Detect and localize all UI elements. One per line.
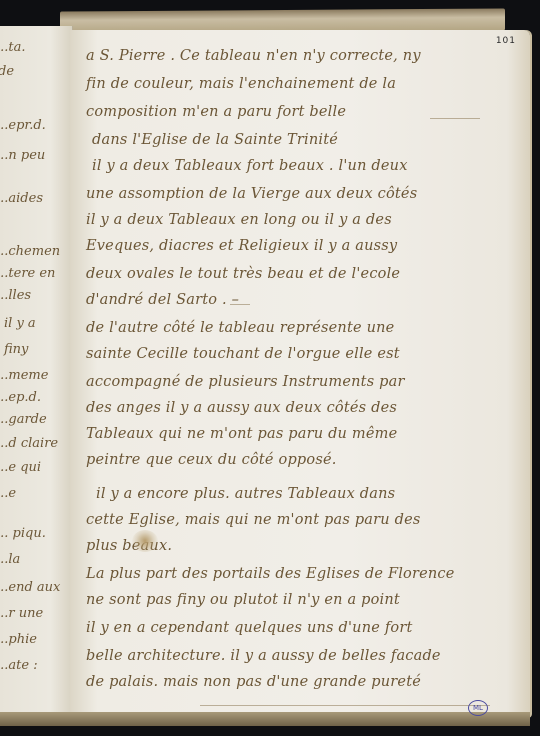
text-line: ne sont pas finy ou plutot il n'y en a p…: [86, 592, 400, 608]
left-fragment: ...la: [0, 552, 20, 567]
page-stack-bottom-edge: [0, 712, 530, 726]
left-fragment: ...ta.: [0, 40, 26, 55]
left-fragment: ...garde: [0, 412, 47, 427]
left-fragment: ...ate :: [0, 658, 38, 673]
left-fragment: ...e qui: [0, 460, 41, 475]
text-line: il y a encore plus. autres Tableaux dans: [96, 486, 395, 502]
folio-number: 101: [496, 36, 516, 46]
text-line: il y a deux Tableaux en long ou il y a d…: [86, 212, 392, 228]
left-fragment: finy: [4, 342, 28, 357]
text-line: cette Eglise, mais qui ne m'ont pas paru…: [86, 512, 421, 528]
text-line: deux ovales le tout très beau et de l'ec…: [86, 266, 400, 282]
left-fragment: ...meme: [0, 368, 48, 383]
left-fragment: ... piqu.: [0, 526, 46, 541]
text-line: plus beaux.: [86, 538, 172, 554]
left-fragment: ...e: [0, 486, 16, 501]
text-line: une assomption de la Vierge aux deux côt…: [86, 186, 417, 202]
ink-rule: [200, 705, 490, 706]
text-line: dans l'Eglise de la Sainte Trinité: [92, 132, 338, 148]
left-fragment: ...tere en: [0, 266, 55, 281]
text-line: composition m'en a paru fort belle: [86, 104, 346, 120]
left-fragment: ...phie: [0, 632, 37, 647]
left-fragment: ...aides: [0, 191, 43, 206]
manuscript-photo: ...ta. de ...epr.d. ...n peu ...aides ..…: [0, 0, 540, 736]
left-fragment: ...chemen: [0, 244, 60, 259]
text-line: sainte Cecille touchant de l'orgue elle …: [86, 346, 400, 362]
left-fragment: ...ep.d.: [0, 390, 41, 405]
text-line: a S. Pierre . Ce tableau n'en n'y correc…: [86, 48, 421, 64]
library-stamp: ML: [468, 700, 488, 716]
text-line: d'andré del Sarto . –: [86, 292, 239, 308]
text-line: fin de couleur, mais l'enchainement de l…: [86, 76, 396, 92]
text-line: il y a deux Tableaux fort beaux . l'un d…: [92, 158, 408, 174]
ink-rule: [430, 118, 480, 119]
text-line: belle architecture. il y a aussy de bell…: [86, 648, 441, 664]
left-fragment: ...d claire: [0, 436, 58, 451]
ink-rule: [230, 304, 250, 305]
left-fragment: il y a: [4, 316, 36, 331]
text-line: il y en a cependant quelques uns d'une f…: [86, 620, 412, 636]
left-fragment: ...epr.d.: [0, 118, 46, 133]
text-line: La plus part des portails des Eglises de…: [86, 566, 455, 582]
left-fragment: ...n peu: [0, 148, 45, 163]
left-fragment: ...r une: [0, 606, 43, 621]
left-fragment: de: [0, 64, 14, 79]
text-line: Eveques, diacres et Religieux il y a aus…: [86, 238, 397, 254]
text-line: accompagné de plusieurs Instruments par: [86, 374, 405, 390]
left-fragment: ...lles: [0, 288, 31, 303]
right-page: 101 a S. Pierre . Ce tableau n'en n'y co…: [70, 30, 530, 718]
text-line: peintre que ceux du côté opposé.: [86, 452, 337, 468]
text-line: de palais. mais non pas d'une grande pur…: [86, 674, 421, 690]
text-line: des anges il y a aussy aux deux côtés de…: [86, 400, 397, 416]
foxing-stain: [132, 530, 158, 552]
text-line: de l'autre côté le tableau représente un…: [86, 320, 394, 336]
left-page: ...ta. de ...epr.d. ...n peu ...aides ..…: [0, 26, 73, 716]
left-fragment: ...end aux: [0, 580, 60, 595]
text-line: Tableaux qui ne m'ont pas paru du même: [86, 426, 397, 442]
